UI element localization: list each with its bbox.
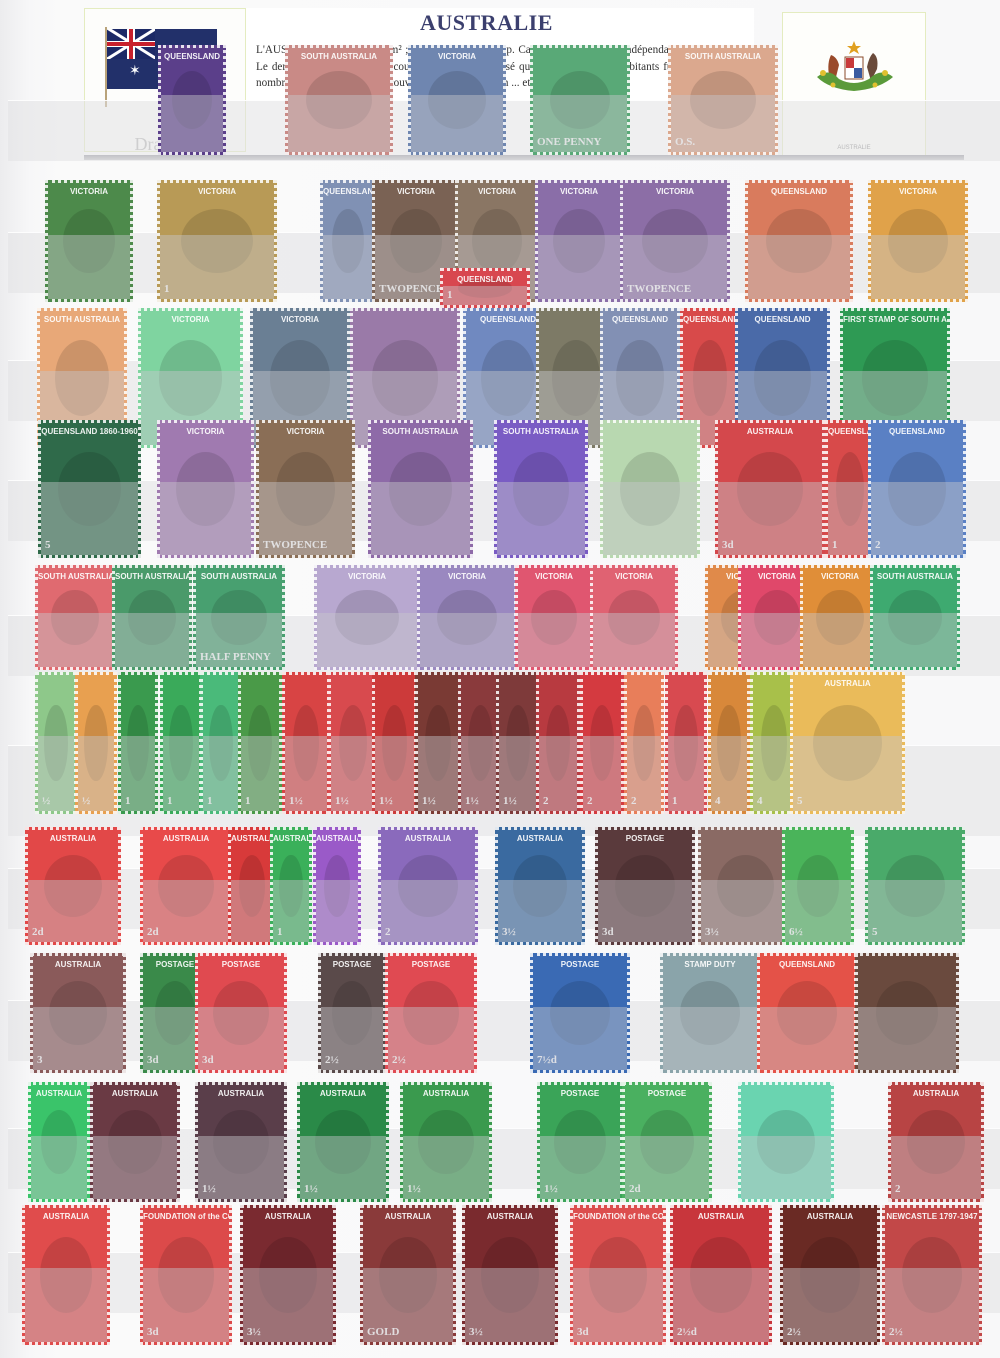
stamp[interactable]: QUEENSLAND (158, 45, 226, 155)
pocket-overlay (143, 1268, 229, 1342)
stamp[interactable]: AUSTRALIA2½d (670, 1205, 772, 1345)
stamp-inscription: AUSTRALIA (300, 1089, 386, 1098)
stamp[interactable]: POSTAGE2½ (385, 953, 477, 1073)
stamp[interactable]: NEWCASTLE 1797-19472½ (882, 1205, 982, 1345)
stamp[interactable]: SOUTH AUSTRALIAO.S. (668, 45, 778, 155)
stamp[interactable]: QUEENSLAND1 (440, 268, 530, 308)
pocket-overlay (540, 1136, 620, 1199)
pocket-overlay (741, 1136, 831, 1199)
stamp-inscription: SOUTH AUSTRALIA (288, 52, 390, 61)
stamp[interactable]: 1 (238, 672, 282, 814)
pocket-overlay (115, 613, 189, 667)
stamp-inscription: QUEENSLAND (443, 275, 527, 284)
pocket-overlay (28, 880, 118, 942)
stamp-inscription: QUEENSLAND (738, 315, 827, 324)
stamp[interactable]: AUSTRALIA2d (25, 827, 121, 945)
stamp[interactable]: POSTAGE2d (622, 1082, 712, 1202)
pocket-overlay (828, 482, 872, 555)
stamp[interactable]: 1½ (282, 672, 330, 814)
stamp-inscription: POSTAGE (388, 960, 474, 969)
stamp[interactable]: AUSTRALIA3d (715, 420, 825, 558)
stamp[interactable]: AUSTRALIA (90, 1082, 180, 1202)
pocket-overlay (518, 613, 590, 667)
pocket-overlay (701, 880, 790, 942)
stamp-inscription: AUSTRALIA (363, 1212, 453, 1221)
stamp[interactable]: 1½ (496, 672, 540, 814)
pocket-overlay (668, 736, 704, 811)
pocket-overlay (871, 482, 963, 555)
stamp-inscription: SOUTH AUSTRALIA (40, 315, 124, 324)
stamp[interactable]: VICTORIA1 (157, 180, 277, 302)
stamp[interactable] (855, 953, 959, 1073)
stamp[interactable]: AUSTRALIA1 (270, 827, 312, 945)
pocket-overlay (671, 95, 775, 152)
stamp[interactable]: AUSTRALIAGOLD (360, 1205, 456, 1345)
stamp[interactable]: ONE PENNY (530, 45, 630, 155)
pocket-overlay (203, 736, 239, 811)
stamp-inscription: VICTORIA (160, 187, 274, 196)
stamp[interactable]: POSTAGE2½ (318, 953, 386, 1073)
pocket-overlay (31, 1136, 87, 1199)
pocket-overlay (539, 736, 577, 811)
stamp-inscription: FOUNDATION of the COMMONWEALTH (573, 1212, 663, 1221)
stamp-inscription: SOUTH AUSTRALIA (497, 427, 585, 436)
stamp[interactable]: VICTORIA (417, 565, 517, 670)
pocket-overlay (411, 95, 503, 152)
pocket-overlay (711, 736, 747, 811)
stamp[interactable]: SOUTH AUSTRALIAHALF PENNY (193, 565, 285, 670)
pocket-overlay (143, 880, 229, 942)
stamp[interactable]: AUSTRALIA5 (790, 672, 905, 814)
stamp[interactable]: VICTORIA (535, 180, 623, 302)
stamp[interactable]: FOUNDATION of the COMMONWEALTH3d (570, 1205, 666, 1345)
stamp[interactable]: FOUNDATION of the COMMONWEALTH3d (140, 1205, 232, 1345)
stamp-inscription: VICTORIA (420, 572, 514, 581)
stamp[interactable]: 1 (200, 672, 242, 814)
pocket-overlay (499, 736, 537, 811)
stamp[interactable]: VICTORIA (868, 180, 968, 302)
stamp[interactable]: AUSTRALIA3½ (240, 1205, 336, 1345)
stamp-inscription: AUSTRALIA (231, 834, 273, 843)
pocket-overlay (420, 613, 514, 667)
pocket-overlay (598, 880, 692, 942)
stamp-inscription: STAMP DUTY (663, 960, 757, 969)
pocket-overlay (885, 1268, 979, 1342)
stamp[interactable]: POSTAGE3d (595, 827, 695, 945)
stamp-inscription: VICTORIA (259, 427, 352, 436)
pocket-overlay (323, 235, 373, 299)
pocket-overlay (121, 736, 155, 811)
pocket-overlay (803, 613, 877, 667)
pocket-overlay (41, 482, 138, 555)
pocket-overlay (259, 482, 352, 555)
stamp[interactable]: 1½ (415, 672, 461, 814)
stamp-inscription: VICTORIA (803, 572, 877, 581)
stamp[interactable]: 1 (118, 672, 158, 814)
stamp-inscription: QUEENSLAND 1860-1960 (41, 427, 138, 436)
stamp[interactable]: VICTORIA (314, 565, 420, 670)
stamp-inscription: SOUTH AUSTRALIA (115, 572, 189, 581)
pocket-overlay (231, 880, 273, 942)
pocket-overlay (793, 736, 902, 811)
stamp[interactable]: QUEENSLAND (757, 953, 857, 1073)
stamp[interactable]: AUSTRALIA2½ (780, 1205, 880, 1345)
stamp-inscription: VICTORIA (458, 187, 536, 196)
pocket-overlay (163, 736, 199, 811)
stamp-inscription: AUSTRALIA (25, 1212, 107, 1221)
pocket-overlay (623, 235, 727, 299)
stamp-inscription: QUEENSLAND (323, 187, 373, 196)
stamp-inscription: AUSTRALIA (33, 960, 123, 969)
stamp-inscription: VICTORIA (593, 572, 675, 581)
stamp-inscription: SOUTH AUSTRALIA (38, 572, 112, 581)
pocket-overlay (25, 1268, 107, 1342)
stamp[interactable]: STAMP DUTY (660, 953, 760, 1073)
pocket-overlay (873, 613, 957, 667)
stamp-inscription: VICTORIA (253, 315, 347, 324)
stamp[interactable]: 5 (865, 827, 965, 945)
stamp-inscription: AUSTRALIA (273, 834, 309, 843)
pocket-overlay (465, 1268, 555, 1342)
stamp[interactable]: 1½ (328, 672, 378, 814)
pocket-overlay (78, 736, 114, 811)
pocket-overlay (363, 1268, 453, 1342)
pocket-overlay (388, 1007, 474, 1070)
stamp[interactable]: ½ (75, 672, 117, 814)
stamp[interactable]: AUSTRALIA1½ (400, 1082, 492, 1202)
stamp-inscription: VICTORIA (518, 572, 590, 581)
pocket-overlay (625, 1136, 709, 1199)
stamp[interactable]: SOUTH AUSTRALIA (35, 565, 115, 670)
pocket-overlay (627, 736, 661, 811)
stamp[interactable]: AUSTRALIA2 (378, 827, 478, 945)
stamp[interactable]: SOUTH AUSTRALIA (494, 420, 588, 558)
pocket-overlay (375, 736, 414, 811)
stamp-inscription: FOUNDATION of the COMMONWEALTH (143, 1212, 229, 1221)
pocket-overlay (783, 1268, 877, 1342)
stamp[interactable]: QUEENSLAND (745, 180, 853, 302)
pocket-overlay (891, 1136, 981, 1199)
pocket-overlay (371, 482, 470, 555)
stamp-inscription: AUSTRALIA (31, 1089, 87, 1098)
stamp-inscription: VICTORIA (48, 187, 130, 196)
stamp[interactable]: AUSTRALIA1½ (195, 1082, 287, 1202)
pocket-overlay (573, 1268, 663, 1342)
stamp-inscription: VICTORIA (141, 315, 240, 324)
pocket-overlay (673, 1268, 769, 1342)
page-title: AUSTRALIE (420, 10, 553, 36)
stamp-inscription: AUSTRALIA (198, 1089, 284, 1098)
stamp[interactable]: VICTORIA (45, 180, 133, 302)
pocket-overlay (871, 235, 965, 299)
pocket-overlay (38, 613, 112, 667)
stamp[interactable]: VICTORIA (157, 420, 254, 558)
stamp-inscription: VICTORIA (538, 187, 620, 196)
stamp[interactable]: 2 (580, 672, 624, 814)
stamp-inscription: AUSTRALIA (498, 834, 582, 843)
stamp[interactable]: AUSTRALIA3½ (462, 1205, 558, 1345)
stamp-inscription: AUSTRALIA (403, 1089, 489, 1098)
pocket-overlay (198, 1007, 284, 1070)
pocket-overlay (403, 1136, 489, 1199)
stamp-inscription: SOUTH AUSTRALIA (196, 572, 282, 581)
stamp[interactable]: VICTORIA (515, 565, 593, 670)
pocket-overlay (785, 880, 851, 942)
stamp[interactable]: 2 (536, 672, 580, 814)
stamp-inscription: POSTAGE (598, 834, 692, 843)
stamp[interactable]: 6½ (782, 827, 854, 945)
stamp[interactable]: AUSTRALIA (313, 827, 361, 945)
pocket-overlay (316, 880, 358, 942)
stamp-inscription: QUEENSLAND (603, 315, 677, 324)
stamp-inscription: AUSTRALIA (381, 834, 475, 843)
pocket-overlay (288, 95, 390, 152)
stamp[interactable]: AUSTRALIA (28, 1082, 90, 1202)
album-page: ✶ Drapeau AUSTRALIE L'AUSTRALIE (7 657 0… (0, 0, 1000, 1358)
stamp-inscription: AUSTRALIA (783, 1212, 877, 1221)
stamp-inscription: VICTORIA (411, 52, 503, 61)
stamp-inscription: AUSTRALIA (891, 1089, 981, 1098)
pocket-overlay (160, 235, 274, 299)
stamp[interactable]: 2 (624, 672, 664, 814)
pocket-overlay (858, 1007, 956, 1070)
stamp-inscription: VICTORIA (375, 187, 457, 196)
stamp-inscription: QUEENSLAND (683, 315, 737, 324)
stamp[interactable]: AUSTRALIA3 (30, 953, 126, 1073)
pocket-overlay (285, 736, 327, 811)
stamp[interactable]: 1 (665, 672, 707, 814)
stamp[interactable]: VICTORIA (408, 45, 506, 155)
pocket-overlay (300, 1136, 386, 1199)
stamp[interactable]: SOUTH AUSTRALIA (870, 565, 960, 670)
stamp[interactable]: AUSTRALIA2 (888, 1082, 984, 1202)
pocket-overlay (868, 880, 962, 942)
stamp-inscription: AUSTRALIA (93, 1089, 177, 1098)
stamp[interactable]: QUEENSLAND 1860-19605 (38, 420, 141, 558)
stamp[interactable]: AUSTRALIA3½ (495, 827, 585, 945)
stamp[interactable]: POSTAGE1½ (537, 1082, 623, 1202)
stamp-inscription: QUEENSLAND (871, 427, 963, 436)
pocket-overlay (533, 1007, 627, 1070)
stamp[interactable]: VICTORIA (590, 565, 678, 670)
pocket-overlay (243, 1268, 333, 1342)
stamp-inscription: POSTAGE (198, 960, 284, 969)
pocket-overlay (583, 736, 621, 811)
pocket-overlay (418, 736, 458, 811)
stamp-inscription: VICTORIA (623, 187, 727, 196)
stamp[interactable]: QUEENSLAND (320, 180, 376, 302)
pocket-overlay (461, 736, 500, 811)
coat-of-arms-icon (809, 37, 899, 107)
stamp-inscription: AUSTRALIA (718, 427, 822, 436)
stamp[interactable]: ½ (35, 672, 77, 814)
stamp[interactable] (738, 1082, 834, 1202)
stamp[interactable]: 1 (160, 672, 202, 814)
stamp-inscription: SOUTH AUSTRALIA (671, 52, 775, 61)
pocket-overlay (33, 1007, 123, 1070)
stamp[interactable]: VICTORIA (800, 565, 880, 670)
stamp[interactable]: SOUTH AUSTRALIA (112, 565, 192, 670)
stamp-inscription: AUSTRALIA (673, 1212, 769, 1221)
pocket-overlay (497, 482, 585, 555)
stamp[interactable]: SOUTH AUSTRALIA (368, 420, 473, 558)
pocket-overlay (533, 95, 627, 152)
stamp[interactable]: 4 (708, 672, 750, 814)
stamp-inscription: AUSTRALIA (316, 834, 358, 843)
stamp-inscription: NEWCASTLE 1797-1947 (885, 1212, 979, 1221)
pocket-overlay (498, 880, 582, 942)
stamp[interactable]: 1½ (372, 672, 417, 814)
stamp-inscription: QUEENSLAND (828, 427, 872, 436)
stamp[interactable]: VICTORIATWOPENCE (256, 420, 355, 558)
stamp[interactable]: AUSTRALIA (228, 827, 276, 945)
pocket-overlay (198, 1136, 284, 1199)
stamp-inscription: AUSTRALIA (243, 1212, 333, 1221)
pocket-overlay (321, 1007, 383, 1070)
pocket-overlay (317, 613, 417, 667)
stamp[interactable]: VICTORIATWOPENCE (620, 180, 730, 302)
stamp-inscription: POSTAGE (625, 1089, 709, 1098)
stamp-inscription: AUSTRALIA (143, 834, 229, 843)
pocket-overlay (748, 235, 850, 299)
pocket-overlay (160, 482, 251, 555)
stamp-inscription: SOUTH AUSTRALIA (873, 572, 957, 581)
pocket-overlay (241, 736, 279, 811)
pocket-overlay (753, 736, 795, 811)
stamp-inscription: FIRST STAMP OF SOUTH AUSTRALIA (843, 315, 947, 324)
stamp[interactable]: AUSTRALIA1½ (297, 1082, 389, 1202)
stamp-inscription: QUEENSLAND (760, 960, 854, 969)
stamp-inscription: AUSTRALIA (793, 679, 902, 688)
pocket-overlay (760, 1007, 854, 1070)
pocket-overlay (273, 880, 309, 942)
stamp[interactable]: QUEENSLAND2 (868, 420, 966, 558)
pocket-overlay (161, 95, 223, 152)
pocket-overlay (603, 482, 697, 555)
stamp[interactable]: POSTAGE7½d (530, 953, 630, 1073)
stamp[interactable]: POSTAGE3d (195, 953, 287, 1073)
stamp-inscription: POSTAGE (533, 960, 627, 969)
pocket-overlay (48, 235, 130, 299)
stamp-inscription: VICTORIA (317, 572, 417, 581)
pocket-overlay (718, 482, 822, 555)
pocket-overlay (196, 613, 282, 667)
stamp-inscription: SOUTH AUSTRALIA (371, 427, 470, 436)
pocket-overlay (331, 736, 375, 811)
stamp[interactable]: 3½ (698, 827, 793, 945)
stamp-inscription: POSTAGE (540, 1089, 620, 1098)
stamp-inscription: VICTORIA (871, 187, 965, 196)
pocket-overlay (93, 1136, 177, 1199)
pocket-overlay (443, 286, 527, 305)
pocket-overlay (381, 880, 475, 942)
stamp-inscription: AUSTRALIA (28, 834, 118, 843)
stamp[interactable]: AUSTRALIA (22, 1205, 110, 1345)
stamp[interactable]: AUSTRALIA2d (140, 827, 232, 945)
stamp-inscription: QUEENSLAND (748, 187, 850, 196)
stamp[interactable] (600, 420, 700, 558)
stamp[interactable]: SOUTH AUSTRALIA (285, 45, 393, 155)
pocket-overlay (663, 1007, 757, 1070)
pocket-overlay (593, 613, 675, 667)
stamp-inscription: AUSTRALIA (465, 1212, 555, 1221)
stamp-inscription: POSTAGE (321, 960, 383, 969)
stamp-inscription: QUEENSLAND (161, 52, 223, 61)
pocket-overlay (538, 235, 620, 299)
stamp-inscription: VICTORIA (160, 427, 251, 436)
pocket-overlay (38, 736, 74, 811)
